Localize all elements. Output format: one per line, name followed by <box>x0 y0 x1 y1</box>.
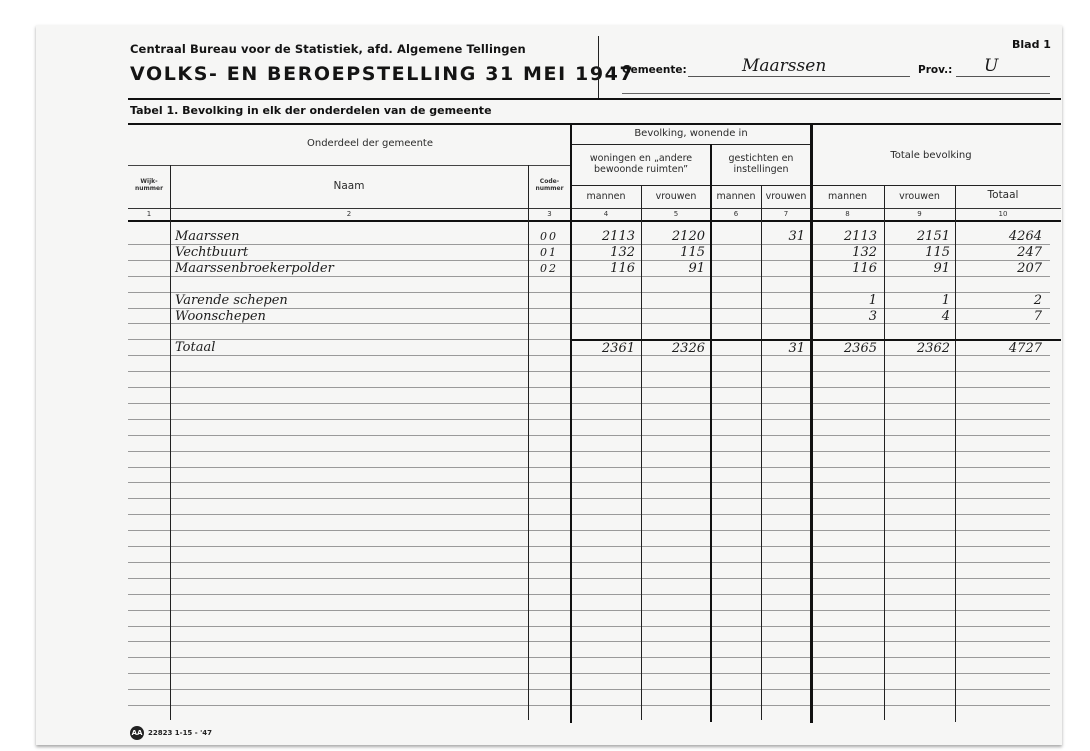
col-line-code-bevolking <box>570 123 572 723</box>
row-totaal: 4727 <box>960 341 1042 356</box>
row-ges-vrouwen: 31 <box>765 229 805 244</box>
print-code: 22823 1-15 - '47 <box>148 729 212 737</box>
col-number-1: 1 <box>128 209 170 220</box>
row-totaal: 4264 <box>960 229 1042 244</box>
title-rule <box>128 98 1061 100</box>
print-footer: AA 22823 1-15 - '47 <box>130 726 212 740</box>
form-title: VOLKS- EN BEROEPSTELLING 31 MEI 1947 <box>130 63 634 85</box>
col-tot-vrouwen: vrouwen <box>884 191 955 202</box>
ruled-line <box>128 498 1050 499</box>
row-totaal: 207 <box>960 261 1042 276</box>
printer-logo-icon: AA <box>130 726 144 740</box>
ruled-line <box>128 276 1050 277</box>
col-number-2: 2 <box>170 209 528 220</box>
ruled-line <box>128 705 1050 706</box>
sheet-number: Blad 1 <box>1012 38 1051 51</box>
census-form-page <box>36 25 1062 745</box>
col-sub-gestichten: gestichten en instellingen <box>716 153 806 175</box>
gemeente-label: Gemeente: <box>622 64 687 76</box>
ruled-line <box>128 514 1050 515</box>
row-code: 01 <box>540 245 558 260</box>
subheader-rule <box>571 185 1061 186</box>
col-ges-mannen: mannen <box>711 191 761 202</box>
col-number-9: 9 <box>884 209 955 220</box>
row-won-mannen: 2113 <box>575 229 635 244</box>
row-naam: Woonschepen <box>175 309 266 324</box>
col-number-5: 5 <box>641 209 711 220</box>
col-group-onderdeel: Onderdeel der gemeente <box>170 138 570 149</box>
ruled-line <box>128 435 1050 436</box>
col-group-totaal: Totale bevolking <box>811 150 1051 161</box>
table-title: Tabel 1. Bevolking in elk der onderdelen… <box>130 104 492 117</box>
row-ges-vrouwen: 31 <box>765 341 805 356</box>
prov-field[interactable]: U <box>984 56 998 76</box>
row-tot-mannen: 3 <box>815 309 877 324</box>
ruled-line <box>128 419 1050 420</box>
col-number-10: 10 <box>955 209 1051 220</box>
ruled-line <box>128 403 1050 404</box>
onderdeel-divider <box>128 165 571 166</box>
col-naam: Naam <box>170 181 528 192</box>
col-tot-mannen: mannen <box>811 191 884 202</box>
col-ges-vrouwen: vrouwen <box>761 191 811 202</box>
row-tot-vrouwen: 2151 <box>888 229 950 244</box>
col-totaal: Totaal <box>955 190 1051 201</box>
col-line-8-9 <box>884 185 885 720</box>
row-tot-vrouwen: 115 <box>888 245 950 260</box>
col-line-6-7 <box>761 185 762 720</box>
col-group-bevolking: Bevolking, wonende in <box>571 128 811 139</box>
agency-name: Centraal Bureau voor de Statistiek, afd.… <box>130 42 526 56</box>
row-code: 00 <box>540 229 558 244</box>
col-line-5-6 <box>710 144 712 722</box>
col-number-7: 7 <box>761 209 811 220</box>
row-won-vrouwen: 115 <box>645 245 705 260</box>
row-tot-mannen: 132 <box>815 245 877 260</box>
prov-label: Prov.: <box>918 64 952 76</box>
ruled-line <box>128 530 1050 531</box>
header-bottom-rule <box>128 220 1061 222</box>
col-line-wijk-naam <box>170 165 171 720</box>
ruled-line <box>128 387 1050 388</box>
col-number-3: 3 <box>528 209 571 220</box>
ruled-line <box>128 562 1050 563</box>
row-naam: Maarssen <box>175 229 239 244</box>
row-tot-vrouwen: 2362 <box>888 341 950 356</box>
row-tot-mannen: 2113 <box>815 229 877 244</box>
col-line-4-5 <box>641 185 642 720</box>
row-tot-vrouwen: 91 <box>888 261 950 276</box>
col-line-naam-code <box>528 165 529 720</box>
row-won-mannen: 2361 <box>575 341 635 356</box>
row-naam: Maarssenbroekerpolder <box>175 261 334 276</box>
gemeente-underline <box>688 76 910 77</box>
gemeente-field[interactable]: Maarssen <box>742 56 826 76</box>
row-naam: Vechtbuurt <box>175 245 248 260</box>
header-extra-rule <box>622 93 1050 94</box>
row-naam: Totaal <box>175 340 215 355</box>
ruled-line <box>128 626 1050 627</box>
bevolking-divider <box>571 144 811 145</box>
col-code: Code- nummer <box>528 178 571 192</box>
col-wijk: Wijk- nummer <box>128 178 170 192</box>
row-totaal: 7 <box>960 309 1042 324</box>
col-number-6: 6 <box>711 209 761 220</box>
row-tot-mannen: 1 <box>815 293 877 308</box>
row-won-mannen: 116 <box>575 261 635 276</box>
row-totaal: 2 <box>960 293 1042 308</box>
col-won-vrouwen: vrouwen <box>641 191 711 202</box>
row-tot-vrouwen: 1 <box>888 293 950 308</box>
col-number-8: 8 <box>811 209 884 220</box>
ruled-line <box>128 689 1050 690</box>
header-divider <box>598 36 599 98</box>
col-line-9-10 <box>955 185 956 722</box>
prov-underline <box>956 76 1050 77</box>
row-won-mannen: 132 <box>575 245 635 260</box>
ruled-line <box>128 657 1050 658</box>
ruled-line <box>128 371 1050 372</box>
table-top-rule <box>128 123 1061 125</box>
row-tot-vrouwen: 4 <box>888 309 950 324</box>
ruled-line <box>128 578 1050 579</box>
ruled-line <box>128 482 1050 483</box>
col-number-4: 4 <box>571 209 641 220</box>
row-tot-mannen: 2365 <box>815 341 877 356</box>
ruled-line <box>128 673 1050 674</box>
row-tot-mannen: 116 <box>815 261 877 276</box>
row-won-vrouwen: 91 <box>645 261 705 276</box>
row-naam: Varende schepen <box>175 293 288 308</box>
col-sub-woningen: woningen en „andere bewoonde ruimten” <box>576 153 706 175</box>
col-won-mannen: mannen <box>571 191 641 202</box>
row-won-vrouwen: 2120 <box>645 229 705 244</box>
row-totaal: 247 <box>960 245 1042 260</box>
ruled-line <box>128 546 1050 547</box>
ruled-line <box>128 451 1050 452</box>
col-line-7-8 <box>810 123 813 723</box>
ruled-line <box>128 467 1050 468</box>
ruled-line <box>128 610 1050 611</box>
row-won-vrouwen: 2326 <box>645 341 705 356</box>
ruled-line <box>128 594 1050 595</box>
ruled-line <box>128 641 1050 642</box>
row-code: 02 <box>540 261 558 276</box>
